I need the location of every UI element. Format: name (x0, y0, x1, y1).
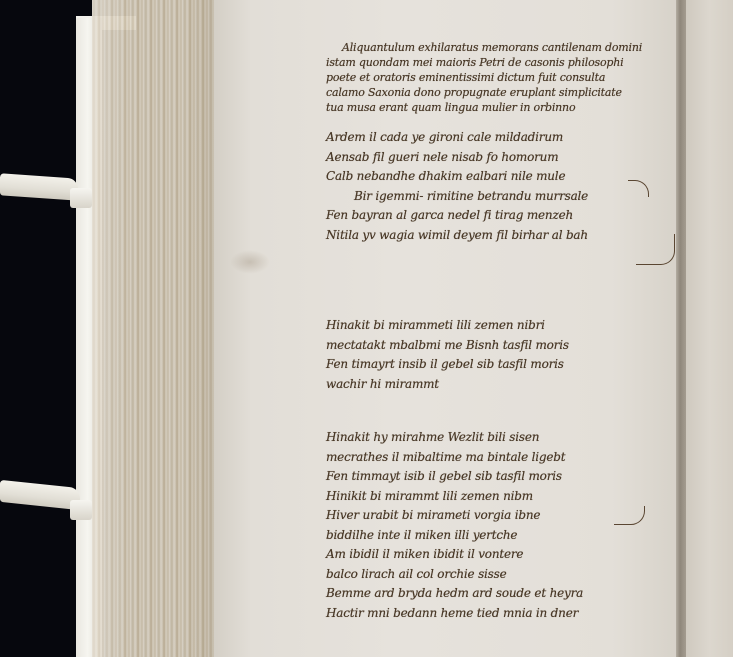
page-stain (230, 250, 270, 274)
ink-flourish (636, 234, 675, 265)
verse-line: balco lirach ail col orchie sisse (326, 565, 583, 585)
verse-stanza-2: Hinakit bi mirammeti lili zemen nibri me… (326, 316, 569, 394)
verse-line: Hinakit bi mirammeti lili zemen nibri (326, 316, 569, 336)
tie-loop-bottom (70, 500, 92, 520)
verse-stanza-3: Hinakit hy mirahme Wezlit bili sisen mec… (326, 428, 583, 623)
verse-line: wachir hi mirammt (326, 375, 569, 395)
verse-line: Fen bayran al garca nedel fi tirag menze… (326, 206, 588, 226)
verse-line: Hiver urabit bi mirameti vorgia ibne (326, 506, 583, 526)
verse-line: Ardem il cada ye gironi cale mildadirum (326, 128, 588, 148)
verse-line: Calb nebandhe dhakim ealbari nile mule (326, 167, 588, 187)
heading-line: istam quondam mei maioris Petri de cason… (326, 55, 642, 70)
verse-line: Am ibidil il miken ibidit il vontere (326, 545, 583, 565)
heading-line: calamo Saxonia dono propugnate eruplant … (326, 85, 642, 100)
verse-line: Hinikit bi mirammt lili zemen nibm (326, 487, 583, 507)
verse-line: biddilhe inte il miken illi yertche (326, 526, 583, 546)
verse-line: mecrathes il mibaltime ma bintale ligebt (326, 448, 583, 468)
verse-line: Hinakit hy mirahme Wezlit bili sisen (326, 428, 583, 448)
verse-line: Bemme ard bryda hedm ard soude et heyra (326, 584, 583, 604)
heading-prose-block: Aliquantulum exhilaratus memorans cantil… (326, 40, 642, 115)
tie-loop-top (70, 188, 92, 208)
manuscript-photo: Aliquantulum exhilaratus memorans cantil… (0, 0, 733, 657)
adjacent-page (686, 0, 733, 657)
verse-line: Aensab fil gueri nele nisab fo homorum (326, 148, 588, 168)
verse-line: Bir igemmi- rimitine betrandu murrsale (326, 187, 588, 207)
stacked-page-edges (92, 0, 220, 657)
verse-line: Hactir mni bedann heme tied mnia in dner (326, 604, 583, 624)
verse-line: Fen timayrt insib il gebel sib tasfil mo… (326, 355, 569, 375)
heading-line: poete et oratoris eminentissimi dictum f… (326, 70, 642, 85)
heading-line: Aliquantulum exhilaratus memorans cantil… (326, 40, 642, 55)
heading-line: tua musa erant quam lingua mulier in orb… (326, 100, 642, 115)
verse-line: Nitila yv wagia wimil deyem fil birhar a… (326, 226, 588, 246)
page-gutter-shadow (676, 0, 686, 657)
verse-stanza-1: Ardem il cada ye gironi cale mildadirum … (326, 128, 588, 245)
verse-line: mectatakt mbalbmi me Bisnh tasfil moris (326, 336, 569, 356)
verse-line: Fen timmayt isib il gebel sib tasfil mor… (326, 467, 583, 487)
